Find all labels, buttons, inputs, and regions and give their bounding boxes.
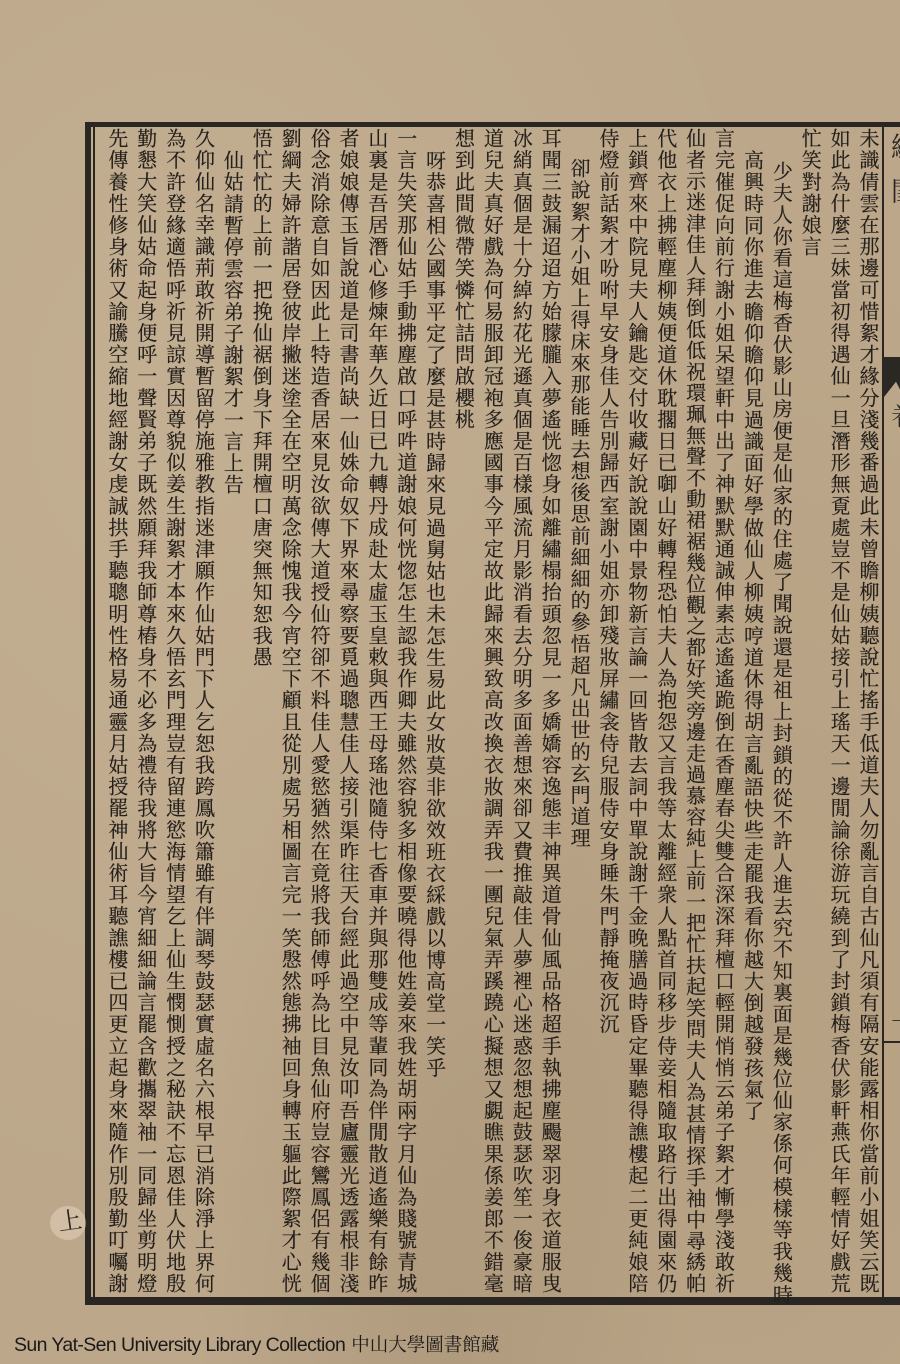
collection-credit-chinese: 中山大學圖書館藏 [351, 1335, 499, 1356]
fishtail-mark-icon [884, 357, 900, 397]
text-column-9: 上鎖齊來中院見夫人鑰匙交付收藏好說說園中景物新言論一回皆散去詞中單說謝千金晚膳過… [622, 128, 651, 1298]
page-body-text: 未識倩雲在那邊可惜絮才緣分淺幾番過此未曾瞻柳姨聽說忙搖手低道夫人勿亂言自古仙凡須… [102, 128, 882, 1298]
text-column-15: 想到此間微帶笑憐忙詰問啟櫻桃 [449, 128, 478, 1298]
text-column-26: 勤懇大笑仙姑命起身便呼一聲賢弟子既然願拜我師尊樁身不必多為禮待我將大旨今宵細細論… [131, 128, 160, 1298]
text-column-5: 高興時同你進去瞻仰瞻仰見過識面好學做仙人柳姨哼道休得胡言亂語快些走罷我看你越大倒… [738, 128, 767, 1320]
text-column-4: 少夫人你看這梅香伏影山房便是仙家的住處了聞說還是祖上封鎖的從不許人進去究不知裏面… [766, 128, 795, 1331]
text-column-21: 劉綱夫婦許諧居登彼岸撇迷塗全在空明萬念除愧我今宵空下顧且從別處另相圖言完一笑慇然… [275, 128, 304, 1298]
text-column-17: 一言失笑那仙姑手動拂塵啟口呼吽道謝娘何恍惚怎生認我作卿夫雖然容貌多相像要曉得他姓… [391, 128, 420, 1298]
collection-credit: Sun Yat-Sen University Library Collectio… [14, 1333, 499, 1358]
text-column-20: 俗念消除意自如因此上特造香居來見汝欲傳大道授仙符卻不料佳人愛慾猶然在竟將我師傅呼… [304, 128, 333, 1298]
text-column-3: 忙笑對謝娘言 [795, 128, 824, 1298]
text-column-23: 仙姑請暫停雲容弟子謝絮才一言上告 [218, 128, 247, 1320]
text-column-6: 言完催促向前行謝小姐呆望軒中出了神默默通誠伸素志遙遙跪倒在香塵春尖雙合深深拜檀口… [709, 128, 738, 1298]
left-margin-mark: 上 [56, 1206, 83, 1235]
text-column-10: 侍燈前話絮才吩咐早安身佳人告別歸西室謝小姐亦卸殘妝屏繡衾侍兒服侍安身睡朱門靜掩夜… [593, 128, 622, 1298]
text-column-11: 卻說絮才小姐上得床來那能睡去想後思前細細的參悟超凡出世的玄門道理 [564, 128, 593, 1328]
frame-left-inner-border [93, 127, 95, 1297]
text-column-18: 山裏是吾居潛心修煉年華久近日已九轉丹成赴太虛玉皇敕與西王母瑤池隨侍七香車并與那雙… [362, 128, 391, 1298]
text-column-27: 先傳養性修身術又諭騰空縮地經謝女虔誠拱手聽聰明性格易通靈月姑授罷神仙術耳聽譙樓已… [102, 128, 131, 1298]
text-column-7: 仙者示迷津佳人拜倒低低祝環珮無聲不動裙裾幾位觀之都好笑旁邊走過慕容純上前一把忙扶… [680, 128, 709, 1298]
frame-left-outer-border [85, 122, 91, 1305]
text-column-14: 道兒夫真好戲為何易服卸冠袍多應國事今平定故此歸來興致高改換衣妝調弄我一團兒氣弄蹊… [478, 128, 507, 1298]
text-column-8: 代他衣上拂輕塵柳姨便道休耽擱日已啣山好轉程恐怕夫人為抱怨又言我等太離經衆人點首同… [651, 128, 680, 1298]
volume-label: 卷 [886, 402, 900, 443]
text-column-19: 者娘娘傳玉旨說道是司書尚缺一仙姝命奴下界來尋察要覓過聰慧佳人接引渠昨往天台經此過… [333, 128, 362, 1298]
text-column-22: 悟忙忙的上前一把挽仙裾倒身下拜開檀口唐突無知恕我愚 [246, 128, 275, 1298]
text-column-24: 久仰仙名幸識荊敢祈開導暫留停施雅教指迷津願作仙姑門下人乞恕我跨鳳吹簫雖有伴調琴鼓… [189, 128, 218, 1298]
text-column-2: 如此為什麼三妹當初得遇仙一旦潛形無覔處豈不是仙姑接引上瑤天一邊閒論徐游玩繞到了封… [824, 128, 853, 1298]
frame-top-border [85, 122, 900, 127]
frame-right-border [882, 127, 884, 1297]
text-column-13: 冰綃真個是十分綽約花光遜真個是百樣風流月影消看去分明多面善想來卻又費推敲佳人夢裡… [506, 128, 535, 1298]
text-column-16: 呀恭喜相公國事平定了麼是甚時歸來見過舅姑也未怎生易此女妝莫非欲效班衣綵戲以博高堂… [420, 128, 449, 1320]
book-title-margin: 繡閨 [886, 132, 900, 222]
text-column-1: 未識倩雲在那邊可惜絮才緣分淺幾番過此未曾瞻柳姨聽說忙搖手低道夫人勿亂言自古仙凡須… [853, 128, 882, 1298]
leaf-number: 一 [886, 1008, 900, 1049]
collection-credit-english: Sun Yat-Sen University Library Collectio… [14, 1334, 345, 1356]
text-column-25: 為不許登緣適悟呼祈見諒實因尊貌似姜生謝絮才本來久悟玄門理豈有留連慾海情望乞上仙生… [160, 128, 189, 1298]
text-column-12: 耳聞三鼓漏迢迢方始朦朧入夢遙恍惚身如離繡榻抬頭忽見一多嬌嬌容逸態丰神異道骨仙風品… [535, 128, 564, 1298]
